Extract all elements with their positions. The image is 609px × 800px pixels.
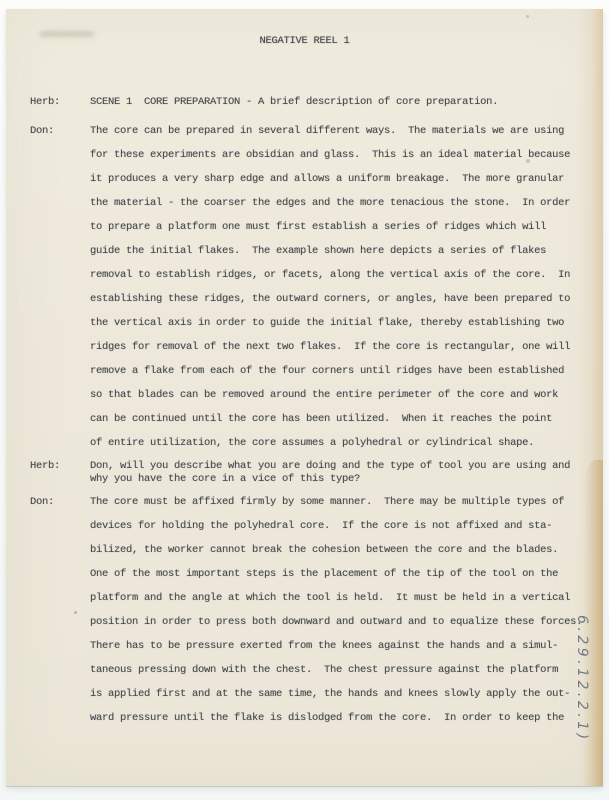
transcript-line: The core must be affixed firmly by some … bbox=[90, 490, 595, 514]
speaker-label: Don: bbox=[30, 490, 54, 514]
transcript-line: is applied first and at the same time, t… bbox=[90, 682, 595, 706]
transcript-line: position in order to press both downward… bbox=[90, 610, 595, 634]
transcript-line: taneous pressing down with the chest. Th… bbox=[90, 658, 595, 682]
transcript-line: the vertical axis in order to guide the … bbox=[90, 311, 595, 335]
transcript-line: Don, will you describe what you are doin… bbox=[90, 460, 595, 473]
transcript-line: The core can be prepared in several diff… bbox=[90, 119, 595, 143]
transcript-line: the material - the coarser the edges and… bbox=[90, 191, 595, 215]
transcript-line: so that blades can be removed around the… bbox=[90, 383, 595, 407]
transcript-line: why you have the core in a vice of this … bbox=[90, 473, 595, 486]
scan-background: NEGATIVE REEL 1 Herb:SCENE 1 CORE PREPAR… bbox=[0, 0, 609, 800]
transcript: Herb:SCENE 1 CORE PREPARATION - A brief … bbox=[90, 90, 595, 730]
transcript-line: of entire utilization, the core assumes … bbox=[90, 431, 595, 455]
transcript-entry: Don:The core must be affixed firmly by s… bbox=[90, 490, 595, 730]
page-title: NEGATIVE REEL 1 bbox=[6, 35, 603, 47]
transcript-line: One of the most important steps is the p… bbox=[90, 562, 595, 586]
transcript-line: it produces a very sharp edge and allows… bbox=[90, 167, 595, 191]
transcript-line: platform and the angle at which the tool… bbox=[90, 586, 595, 610]
transcript-line: can be continued until the core has been… bbox=[90, 407, 595, 431]
transcript-entry: Herb:Don, will you describe what you are… bbox=[90, 460, 595, 485]
transcript-line: There has to be pressure exerted from th… bbox=[90, 634, 595, 658]
transcript-line: for these experiments are obsidian and g… bbox=[90, 143, 595, 167]
transcript-line: devices for holding the polyhedral core.… bbox=[90, 514, 595, 538]
paper-speck bbox=[74, 611, 77, 614]
entry-lines: SCENE 1 CORE PREPARATION - A brief descr… bbox=[90, 90, 595, 114]
entry-lines: The core must be affixed firmly by some … bbox=[90, 490, 595, 730]
transcript-line: ward pressure until the flake is dislodg… bbox=[90, 706, 595, 730]
speaker-label: Herb: bbox=[30, 460, 60, 473]
entry-lines: The core can be prepared in several diff… bbox=[90, 119, 595, 455]
transcript-line: establishing these ridges, the outward c… bbox=[90, 287, 595, 311]
transcript-line: removal to establish ridges, or facets, … bbox=[90, 263, 595, 287]
transcript-line: remove a flake from each of the four cor… bbox=[90, 359, 595, 383]
entry-lines: Don, will you describe what you are doin… bbox=[90, 460, 595, 485]
paper-speck bbox=[526, 15, 529, 18]
handwritten-catalog-number: 6.29.12.2.1) bbox=[564, 615, 590, 787]
transcript-line: guide the initial flakes. The example sh… bbox=[90, 239, 595, 263]
transcript-line: bilized, the worker cannot break the coh… bbox=[90, 538, 595, 562]
paper-sheet: NEGATIVE REEL 1 Herb:SCENE 1 CORE PREPAR… bbox=[6, 9, 603, 786]
transcript-line: SCENE 1 CORE PREPARATION - A brief descr… bbox=[90, 90, 595, 114]
transcript-entry: Herb:SCENE 1 CORE PREPARATION - A brief … bbox=[90, 90, 595, 114]
speaker-label: Don: bbox=[30, 119, 54, 143]
transcript-line: ridges for removal of the next two flake… bbox=[90, 335, 595, 359]
transcript-line: to prepare a platform one must first est… bbox=[90, 215, 595, 239]
transcript-entry: Don:The core can be prepared in several … bbox=[90, 119, 595, 455]
speaker-label: Herb: bbox=[30, 90, 60, 114]
